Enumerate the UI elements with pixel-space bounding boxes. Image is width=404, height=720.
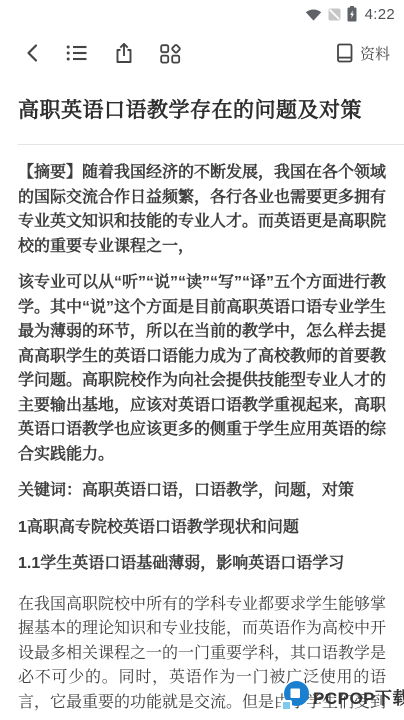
app-screen: 4:22 bbox=[0, 0, 404, 720]
share-icon bbox=[114, 42, 134, 64]
title-divider bbox=[18, 144, 404, 145]
materials-button[interactable]: 资料 bbox=[337, 43, 390, 64]
apps-grid-icon bbox=[160, 43, 182, 64]
back-button[interactable] bbox=[24, 43, 40, 63]
share-button[interactable] bbox=[114, 42, 134, 64]
subsection-heading: 1.1学生英语口语基础薄弱，影响英语口语学习 bbox=[18, 552, 386, 577]
abstract-paragraph-2: 该专业可以从“听”“说”“读”“写”“译”五个方面进行教学。其中“说”这个方面是… bbox=[18, 271, 386, 467]
watermark: PCPOP下载 bbox=[280, 680, 404, 712]
nav-left-group bbox=[24, 42, 182, 64]
toc-button[interactable] bbox=[66, 44, 88, 62]
watermark-text: PCPOP下载 bbox=[313, 684, 404, 709]
status-time: 4:22 bbox=[365, 6, 395, 23]
keywords-line: 关键词：高职英语口语，口语教学，问题，对策 bbox=[18, 479, 386, 504]
apps-button[interactable] bbox=[160, 43, 182, 64]
document-scroll-area[interactable]: 高职英语口语教学存在的问题及对策 【摘要】随着我国经济的不断发展，我国在各个领域… bbox=[0, 96, 404, 715]
chevron-left-icon bbox=[24, 43, 40, 63]
list-icon bbox=[66, 44, 88, 62]
materials-label: 资料 bbox=[360, 43, 390, 64]
nav-bar: 资料 bbox=[0, 28, 404, 82]
book-icon bbox=[337, 43, 353, 63]
wifi-icon bbox=[305, 8, 322, 21]
battery-charging-icon bbox=[347, 6, 357, 22]
status-bar: 4:22 bbox=[0, 0, 404, 28]
section-heading: 1高职高专院校英语口语教学现状和问题 bbox=[18, 516, 386, 541]
pcpop-logo-icon bbox=[280, 680, 311, 712]
document-title: 高职英语口语教学存在的问题及对策 bbox=[18, 96, 386, 126]
no-sim-icon bbox=[328, 8, 341, 21]
abstract-paragraph-1: 【摘要】随着我国经济的不断发展，我国在各个领域的国际交流合作日益频繁，各行各业也… bbox=[18, 161, 386, 259]
